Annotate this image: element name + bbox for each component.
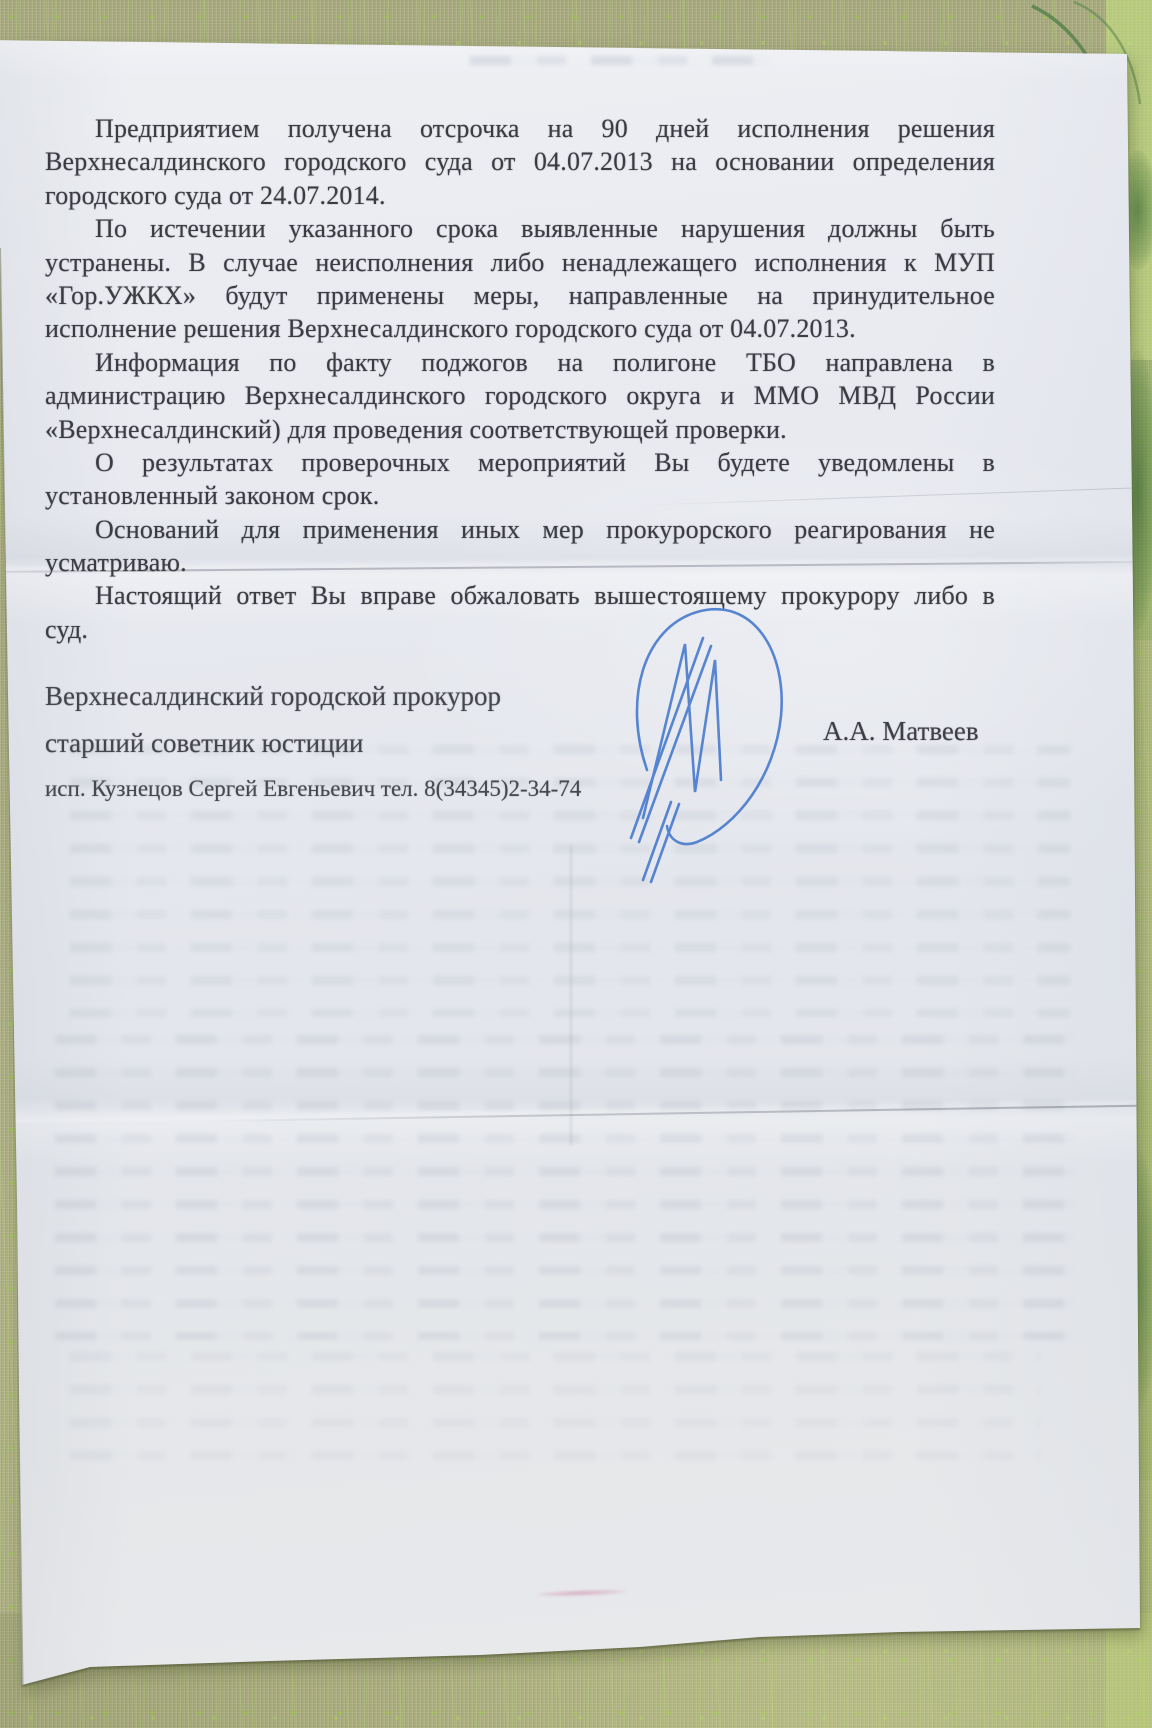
body-line: По истечении указанного срока выявленные… bbox=[45, 212, 995, 245]
bleed-through-text bbox=[55, 1035, 1075, 1340]
body-line: Информация по факту поджогов на полигоне… bbox=[45, 346, 995, 379]
body-line: Оснований для применения иных мер прокур… bbox=[45, 513, 995, 546]
body-line: администрацию Верхнесалдинского городско… bbox=[45, 379, 995, 412]
fold-crease-lower bbox=[0, 1104, 1152, 1125]
body-line: «Гор.УЖКХ» будут применены меры, направл… bbox=[45, 279, 995, 312]
body-line: Верхнесалдинского городского суда от 04.… bbox=[45, 145, 995, 178]
pink-ink-smudge bbox=[538, 1588, 626, 1597]
bleed-through-text bbox=[470, 56, 770, 86]
photo-of-document: Предприятием получена отсрочка на 90 дне… bbox=[0, 0, 1152, 1728]
executor-contact-line: исп. Кузнецов Сергей Евгеньевич тел. 8(3… bbox=[45, 776, 581, 802]
letter-body: Предприятием получена отсрочка на 90 дне… bbox=[45, 112, 995, 646]
paper-left-edge-shadow bbox=[0, 248, 24, 1688]
body-line: Предприятием получена отсрочка на 90 дне… bbox=[45, 112, 995, 145]
fold-crease-vertical bbox=[570, 845, 572, 1145]
signer-position-line-1: Верхнесалдинский городской прокурор bbox=[45, 681, 501, 712]
body-line: суд. bbox=[45, 613, 995, 646]
document-paper: Предприятием получена отсрочка на 90 дне… bbox=[0, 0, 1152, 1728]
body-line: усматриваю. bbox=[45, 546, 995, 579]
body-line: Настоящий ответ Вы вправе обжаловать выш… bbox=[45, 579, 995, 612]
paper-shadow-wrap: Предприятием получена отсрочка на 90 дне… bbox=[0, 0, 1152, 1728]
body-line: исполнение решения Верхнесалдинского гор… bbox=[45, 312, 995, 345]
signer-name: А.А. Матвеев bbox=[823, 716, 979, 747]
body-line: установленный законом срок. bbox=[45, 479, 995, 512]
signature-ink bbox=[585, 580, 815, 890]
signer-position-line-2: старший советник юстиции bbox=[45, 728, 363, 759]
body-line: «Верхнесалдинский) для проведения соотве… bbox=[45, 413, 995, 446]
body-line: устранены. В случае неисполнения либо не… bbox=[45, 246, 995, 279]
bleed-through-text bbox=[70, 1352, 1040, 1480]
body-line: О результатах проверочных мероприятий Вы… bbox=[45, 446, 995, 479]
body-line: городского суда от 24.07.2014. bbox=[45, 179, 995, 212]
